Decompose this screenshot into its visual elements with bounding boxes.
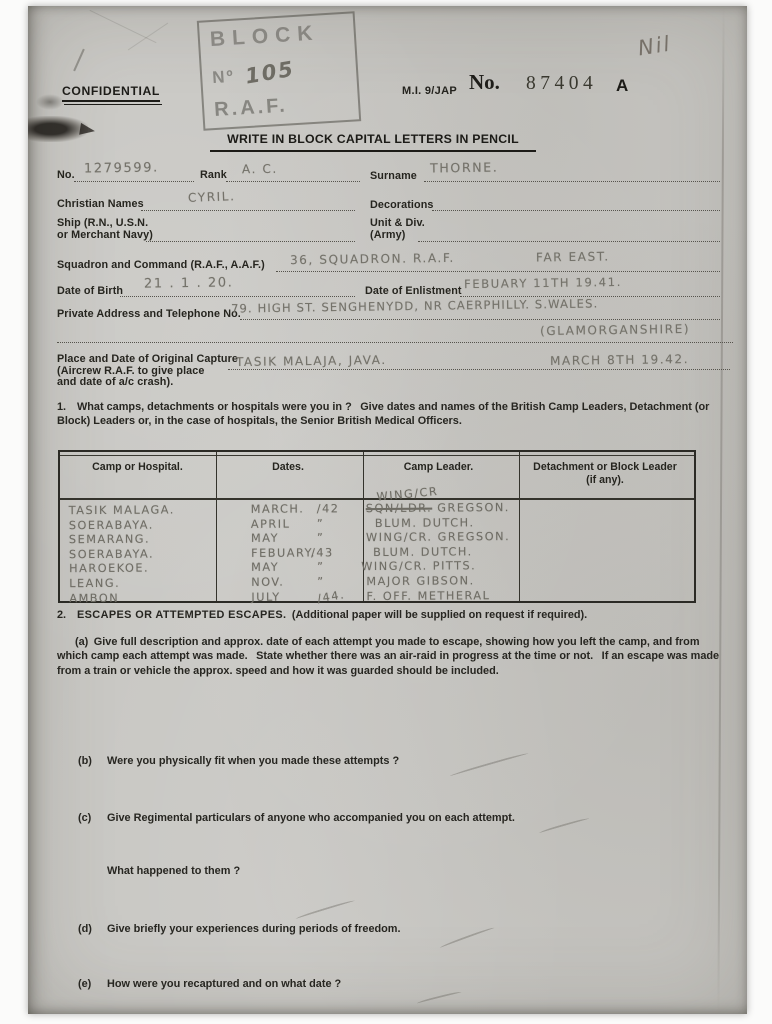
question-2-note: (Additional paper will be supplied on re… bbox=[292, 609, 587, 621]
form-title: WRITE IN BLOCK CAPITAL LETTERS IN PENCIL bbox=[210, 132, 536, 152]
question-1: 1. What camps, detachments or hospitals … bbox=[57, 400, 719, 429]
squadron-label: Squadron and Command (R.A.F., A.A.F.) bbox=[57, 259, 265, 271]
question-2c: (c)Give Regimental particulars of anyone… bbox=[78, 812, 515, 824]
ship-line bbox=[146, 240, 355, 242]
decorations-line bbox=[432, 209, 720, 211]
camps-table: Camp or Hospital. Dates. Camp Leader. De… bbox=[58, 450, 696, 603]
handwritten-nil-note: Nil bbox=[636, 32, 673, 61]
question-2b-text: Were you physically fit when you made th… bbox=[107, 755, 399, 767]
leader-name: GREGSON. bbox=[437, 501, 510, 515]
pencil-stroke bbox=[416, 990, 461, 1003]
col-header-leader: Camp Leader. bbox=[361, 461, 516, 487]
decorations-label: Decorations bbox=[370, 199, 434, 211]
small-smudge bbox=[36, 94, 64, 110]
question-2b: (b)Were you physically fit when you made… bbox=[78, 755, 399, 767]
question-2-number: 2. bbox=[57, 609, 66, 621]
rank-label: Rank bbox=[200, 169, 227, 181]
dates-cell: MAY” bbox=[215, 560, 361, 576]
month-value: APRIL bbox=[215, 517, 291, 531]
detachment-cell bbox=[516, 529, 694, 545]
ship-label-line2: or Merchant Navy) bbox=[57, 229, 153, 241]
rank-line bbox=[226, 180, 360, 182]
question-2c-text: Give Regimental particulars of anyone wh… bbox=[107, 812, 515, 824]
detachment-cell bbox=[516, 514, 694, 530]
question-2e-number: (e) bbox=[78, 978, 107, 990]
christian-names-label: Christian Names bbox=[57, 198, 144, 210]
year-value: ” bbox=[317, 575, 324, 588]
service-no-line bbox=[74, 180, 194, 182]
leader-cell: WING/CRSQN/LDR. GREGSON. bbox=[361, 501, 516, 517]
col-header-detachment: Detachment or Block Leader (if any). bbox=[516, 461, 694, 487]
address-label: Private Address and Telephone No. bbox=[57, 308, 241, 320]
table-header-row: Camp or Hospital. Dates. Camp Leader. De… bbox=[60, 461, 694, 487]
question-2e-text: How were you recaptured and on what date… bbox=[107, 978, 341, 990]
year-value: /42 bbox=[317, 502, 340, 515]
question-2-title: ESCAPES OR ATTEMPTED ESCAPES. bbox=[77, 609, 286, 621]
address-line2 bbox=[57, 341, 733, 343]
question-2d-number: (d) bbox=[78, 923, 107, 935]
col-header-camp: Camp or Hospital. bbox=[60, 461, 215, 487]
serial-number: 87404 bbox=[526, 73, 597, 95]
question-2a-number: (a) bbox=[75, 636, 88, 648]
binding-smudge-tip bbox=[79, 123, 96, 137]
address-county-value: (GLAMORGANSHIRE) bbox=[540, 322, 690, 338]
unit-label-line2: (Army) bbox=[370, 229, 405, 241]
month-value: MARCH. bbox=[215, 503, 305, 517]
series-letter: A bbox=[616, 76, 628, 96]
table-row: AMBON JULY/44. F. OFF. METHERAL bbox=[60, 587, 694, 606]
month-value: MAY bbox=[215, 561, 279, 574]
dates-cell: MARCH./42 bbox=[215, 502, 361, 518]
confidential-marking: CONFIDENTIAL bbox=[62, 84, 160, 102]
capture-line bbox=[228, 368, 730, 370]
date-of-birth-value: 21 . 1 . 20. bbox=[144, 275, 234, 291]
camp-cell: SOERABAYA. bbox=[60, 547, 215, 563]
leader-cell: BLUM. DUTCH. bbox=[361, 545, 516, 561]
leader-struck-out: SQN/LDR. bbox=[366, 502, 432, 515]
capture-label-line3: and date of a/c crash). bbox=[57, 376, 173, 388]
paper-crease-right bbox=[717, 6, 724, 1014]
stamp-raf: R.A.F. bbox=[214, 91, 349, 122]
date-of-enlistment-label: Date of Enlistment bbox=[365, 285, 462, 297]
detachment-cell bbox=[516, 544, 694, 560]
capture-label-line1: Place and Date of Original Capture bbox=[57, 353, 238, 365]
year-value: /44. bbox=[316, 588, 346, 605]
squadron-value: 36, SQUADRON. R.A.F. bbox=[290, 251, 455, 267]
address-line1 bbox=[240, 318, 720, 320]
serial-no-label: No. bbox=[469, 70, 500, 95]
surname-label: Surname bbox=[370, 170, 417, 182]
surname-value: THORNE. bbox=[430, 160, 499, 176]
stamp-word-block: BLOCK bbox=[209, 20, 344, 52]
month-value: FEBUARY. bbox=[215, 546, 316, 560]
stamp-no-abbrev: Nº bbox=[212, 66, 236, 86]
leader-cell: MAJOR GIBSON. bbox=[361, 574, 516, 590]
question-2c-followup: What happened to them ? bbox=[78, 865, 240, 877]
detachment-cell bbox=[516, 500, 694, 516]
stamp-handwritten-number: 105 bbox=[243, 56, 296, 88]
question-2d-text: Give briefly your experiences during per… bbox=[107, 923, 401, 935]
month-value: MAY bbox=[215, 532, 279, 545]
year-value: ” bbox=[317, 517, 324, 530]
date-of-enlistment-value: FEBUARY 11TH 19.41. bbox=[464, 275, 622, 291]
month-value: NOV. bbox=[215, 576, 284, 589]
unit-line bbox=[418, 240, 720, 242]
date-of-birth-line bbox=[120, 295, 355, 297]
address-value: 79. HIGH ST. SENGHENYDD, NR CAERPHILLY. … bbox=[231, 296, 598, 315]
capture-date-value: MARCH 8TH 19.42. bbox=[550, 352, 689, 368]
question-2-heading: 2. ESCAPES OR ATTEMPTED ESCAPES. (Additi… bbox=[57, 608, 725, 622]
block-number-stamp: BLOCK Nº105 R.A.F. bbox=[197, 11, 361, 130]
camp-cell: AMBON bbox=[60, 591, 215, 607]
year-value: /43 bbox=[311, 546, 334, 559]
dates-cell: MAY” bbox=[215, 531, 361, 547]
pencil-stroke bbox=[295, 899, 355, 919]
pencil-stroke bbox=[539, 817, 590, 833]
question-2d: (d)Give briefly your experiences during … bbox=[78, 923, 401, 935]
camp-cell: TASIK MALAGA. bbox=[60, 503, 215, 519]
dates-cell: APRIL” bbox=[215, 517, 361, 533]
leader-cell: WING/CR. PITTS. bbox=[361, 559, 516, 575]
table-rows: TASIK MALAGA. MARCH./42 WING/CRSQN/LDR. … bbox=[60, 500, 695, 607]
service-no-label: No. bbox=[57, 169, 75, 181]
pencil-tick-mark bbox=[73, 49, 85, 72]
detachment-cell bbox=[516, 558, 694, 574]
stamp-number-line: Nº105 bbox=[211, 55, 346, 87]
question-2e: (e)How were you recaptured and on what d… bbox=[78, 978, 341, 990]
date-of-birth-label: Date of Birth bbox=[57, 285, 123, 297]
capture-place-value: TASIK MALAJA, JAVA. bbox=[236, 353, 387, 369]
ship-label-line1: Ship (R.N., U.S.N. bbox=[57, 217, 148, 229]
camp-cell: SEMARANG. bbox=[60, 532, 215, 548]
squadron-command-value: FAR EAST. bbox=[536, 249, 610, 264]
question-2c-number: (c) bbox=[78, 812, 107, 824]
question-2a: (a) Give full description and approx. da… bbox=[57, 635, 723, 678]
dates-cell: JULY/44. bbox=[215, 590, 361, 606]
christian-names-line bbox=[141, 209, 355, 211]
surname-line bbox=[424, 180, 720, 182]
camp-cell: SOERABAYA. bbox=[60, 518, 215, 534]
unit-label-line1: Unit & Div. bbox=[370, 217, 425, 229]
scanned-form-page: CONFIDENTIAL BLOCK Nº105 R.A.F. M.I. 9/J… bbox=[28, 6, 747, 1014]
table-double-rule bbox=[60, 455, 694, 456]
question-2c-followup-text: What happened to them ? bbox=[107, 865, 240, 877]
leader-cell: BLUM. DUTCH. bbox=[361, 516, 516, 532]
leader-cell: WING/CR. GREGSON. bbox=[361, 530, 516, 546]
camp-cell: LEANG. bbox=[60, 576, 215, 592]
question-2b-number: (b) bbox=[78, 755, 107, 767]
rank-value: A. C. bbox=[242, 162, 278, 176]
paper-crease bbox=[128, 23, 168, 51]
question-1-number: 1. bbox=[57, 401, 66, 413]
detachment-cell bbox=[516, 573, 694, 589]
question-1-text: What camps, detachments or hospitals wer… bbox=[57, 401, 709, 427]
pencil-stroke bbox=[449, 752, 528, 777]
year-value: ” bbox=[317, 532, 324, 545]
dates-cell: FEBUARY./43 bbox=[215, 546, 361, 562]
pencil-stroke bbox=[439, 926, 494, 948]
detachment-cell bbox=[516, 587, 694, 603]
service-no-value: 1279599. bbox=[84, 160, 159, 176]
year-value: ” bbox=[317, 561, 324, 574]
camp-cell: HAROEKOE. bbox=[60, 562, 215, 578]
christian-names-value: CYRIL. bbox=[188, 189, 236, 205]
squadron-line bbox=[276, 270, 720, 272]
department-reference: M.I. 9/JAP bbox=[402, 85, 457, 97]
question-2a-text: Give full description and approx. date o… bbox=[57, 636, 719, 677]
leader-cell: F. OFF. METHERAL bbox=[361, 589, 516, 605]
month-value: JULY bbox=[215, 590, 280, 603]
col-header-dates: Dates. bbox=[215, 461, 361, 487]
